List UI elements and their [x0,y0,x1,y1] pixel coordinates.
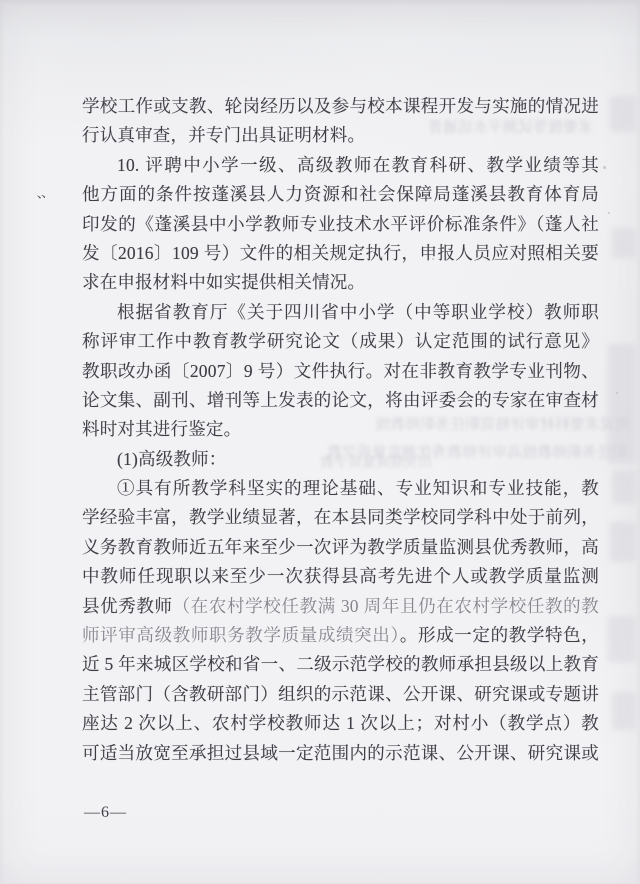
text-segment: 师评审高级教师职务教学质量成绩突出） [82,625,400,645]
bleedthrough-smudge [612,692,636,730]
text-segment: 。形成一定的教学特色， [400,625,599,645]
text-segment: 可适当放宽至承担过县域一定范围内的示范课、公开课、研究课或 [82,743,599,763]
text-line: 印发的《蓬溪县中小学教师专业技术水平评价标准条件》（蓬人社 [82,210,599,239]
text-line: 近 5 年来城区学校和省一、二级示范学校的教师承担县级以上教育 [82,650,599,679]
text-segment: 称评审工作中教育教学研究论文（成果）认定范围的试行意见》（川 [82,331,599,356]
text-line: 根据省教育厅《关于四川省中小学（中等职业学校）教师职 [82,298,599,327]
text-segment: ①具有所教学科坚实的理论基础、专业知识和专业技能，教 [117,478,599,498]
text-line: 主管部门（含教研部门）组织的示范课、公开课、研究课或专题讲 [82,680,599,709]
text-line: 他方面的条件按蓬溪县人力资源和社会保障局蓬溪县教育体育局 [82,180,599,209]
text-segment: 10. 评聘中小学一级、高级教师在教育科研、教学业绩等其 [117,155,599,175]
bleedthrough-smudge [608,616,636,662]
text-line: 学经验丰富，教学业绩显著，在本县同类学校同学科中处于前列， [82,503,599,532]
bleedthrough-smudge [612,228,636,258]
text-line: 发〔2016〕109 号）文件的相关规定执行，申报人员应对照相关要 [82,239,599,268]
text-line: 教职改办函〔2007〕9 号）文件执行。对在非教育教学专业刊物、 [82,357,599,386]
document-body: 学校工作或支教、轮岗经历以及参与校本课程开发与实施的情况进行认真审查，并专门出具… [82,92,599,768]
text-line: ①具有所教学科坚实的理论基础、专业知识和专业技能，教 [82,474,599,503]
page-number: —6— [84,804,127,822]
text-segment: 学经验丰富，教学业绩显著，在本县同类学校同学科中处于前列， [82,507,599,527]
bleedthrough-smudge [612,470,636,504]
text-line: 10. 评聘中小学一级、高级教师在教育科研、教学业绩等其 [82,151,599,180]
text-line: 中教师任现职以来至少一次获得县高考先进个人或教学质量监测 [82,562,599,591]
text-line: 座达 2 次以上、农村学校教师达 1 次以上；对村小（教学点）教师， [82,709,599,738]
text-line: (1)高级教师： [82,445,599,474]
scanned-document-page: 求要级等试测平水话通普明说求要料材审评格资职任务职师教级职任务职师教级高审评师教… [0,0,640,884]
bleedthrough-smudge [608,344,636,464]
text-segment: 近 5 年来城区学校和省一、二级示范学校的教师承担县级以上教育 [82,654,599,674]
text-segment: 料时对其进行鉴定。 [82,419,241,439]
text-line: 县优秀教师（在农村学校任教满 30 周年且仍在农村学校任教的教 [82,592,599,621]
text-segment: 他方面的条件按蓬溪县人力资源和社会保障局蓬溪县教育体育局 [82,184,599,204]
text-line: 称评审工作中教育教学研究论文（成果）认定范围的试行意见》（川 [82,327,599,356]
text-line: 行认真审查，并专门出具证明材料。 [82,121,599,150]
text-segment: (1)高级教师： [117,449,227,469]
scan-speck [603,166,606,169]
text-segment: （在农村学校任教满 30 周年且仍在农村学校任教的教 [173,596,599,616]
text-line: 论文集、副刊、增刊等上发表的论文，将由评委会的专家在审查材 [82,386,599,415]
text-line: 可适当放宽至承担过县域一定范围内的示范课、公开课、研究课或 [82,739,599,768]
text-segment: 发〔2016〕109 号）文件的相关规定执行，申报人员应对照相关要 [82,243,599,263]
text-segment: 根据省教育厅《关于四川省中小学（中等职业学校）教师职 [117,302,599,322]
text-line: 求在申报材料中如实提供相关情况。 [82,268,599,297]
text-line: 学校工作或支教、轮岗经历以及参与校本课程开发与实施的情况进 [82,92,599,121]
text-segment: 求在申报材料中如实提供相关情况。 [82,272,365,292]
text-segment: 中教师任现职以来至少一次获得县高考先进个人或教学质量监测 [82,566,599,586]
text-line: 师评审高级教师职务教学质量成绩突出）。形成一定的教学特色， [82,621,599,650]
text-segment: 学校工作或支教、轮岗经历以及参与校本课程开发与实施的情况进 [82,96,599,116]
text-segment: 主管部门（含教研部门）组织的示范课、公开课、研究课或专题讲 [82,684,599,704]
text-segment: 行认真审查，并专门出具证明材料。 [82,125,365,145]
text-segment: 教职改办函〔2007〕9 号）文件执行。对在非教育教学专业刊物、 [82,361,599,381]
scan-speck [608,212,610,214]
margin-ink-mark: 、、 [35,181,53,202]
bleedthrough-smudge [610,522,636,562]
text-segment: 县优秀教师 [82,596,173,616]
text-line: 料时对其进行鉴定。 [82,415,599,444]
text-segment: 印发的《蓬溪县中小学教师专业技术水平评价标准条件》（蓬人社 [82,214,599,234]
text-line: 义务教育教师近五年来至少一次评为教学质量监测县优秀教师，高 [82,533,599,562]
bleedthrough-smudge [610,96,636,132]
text-segment: 义务教育教师近五年来至少一次评为教学质量监测县优秀教师，高 [82,537,599,557]
text-segment: 论文集、副刊、增刊等上发表的论文，将由评委会的专家在审查材 [82,390,599,410]
scan-speck [616,392,618,394]
text-segment: 座达 2 次以上、农村学校教师达 1 次以上；对村小（教学点）教师， [82,713,599,738]
